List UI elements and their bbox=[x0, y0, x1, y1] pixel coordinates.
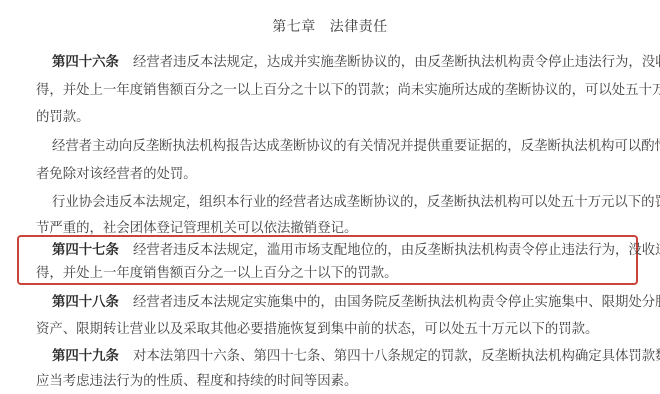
chapter-name: 法律责任 bbox=[330, 19, 388, 35]
article-47-text-1: 经营者违反本法规定，滥用市场支配地位的，由反垄断执法机构责令停止违法行为，没收违… bbox=[133, 243, 660, 258]
chapter-number: 第七章 bbox=[272, 19, 316, 35]
article-46-line-3: 的罚款。 bbox=[36, 109, 90, 127]
article-46-line-2: 得，并处上一年度销售额百分之一以上百分之十以下的罚款；尚未实施所达成的垄断协议的… bbox=[36, 82, 660, 100]
article-47-label: 第四十七条 bbox=[52, 243, 119, 258]
article-46-text-1: 经营者违反本法规定，达成并实施垄断协议的，由反垄断执法机构责令停止违法行为，没收… bbox=[133, 55, 660, 70]
association-line-1: 行业协会违反本法规定，组织本行业的经营者达成垄断协议的，反垄断执法机构可以处五十… bbox=[52, 194, 660, 212]
article-49-label: 第四十九条 bbox=[52, 349, 119, 364]
article-49-text-1: 对本法第四十六条、第四十七条、第四十八条规定的罚款，反垄断执法机构确定具体罚款数… bbox=[133, 349, 660, 364]
article-48-text-1: 经营者违反本法规定实施集中的，由国务院反垄断执法机构责令停止实施集中、限期处分股… bbox=[133, 295, 660, 310]
article-47-line-1: 第四十七条经营者违反本法规定，滥用市场支配地位的，由反垄断执法机构责令停止违法行… bbox=[52, 242, 660, 260]
article-49-line-2: 应当考虑违法行为的性质、程度和持续的时间等因素。 bbox=[36, 373, 357, 391]
article-49-line-1: 第四十九条对本法第四十六条、第四十七条、第四十八条规定的罚款，反垄断执法机构确定… bbox=[52, 348, 660, 366]
article-48-line-1: 第四十八条经营者违反本法规定实施集中的，由国务院反垄断执法机构责令停止实施集中、… bbox=[52, 294, 660, 312]
chapter-title: 第七章法律责任 bbox=[0, 16, 660, 36]
article-47-line-2: 得，并处上一年度销售额百分之一以上百分之十以下的罚款。 bbox=[36, 265, 398, 283]
leniency-line-2: 者免除对该经营者的处罚。 bbox=[36, 166, 197, 184]
leniency-line-1: 经营者主动向反垄断执法机构报告达成垄断协议的有关情况并提供重要证据的，反垄断执法… bbox=[52, 138, 660, 156]
article-46-line-1: 第四十六条经营者违反本法规定，达成并实施垄断协议的，由反垄断执法机构责令停止违法… bbox=[52, 54, 660, 72]
article-48-label: 第四十八条 bbox=[52, 295, 119, 310]
article-46-label: 第四十六条 bbox=[52, 55, 119, 70]
article-48-line-2: 资产、限期转让营业以及采取其他必要措施恢复到集中前的状态，可以处五十万元以下的罚… bbox=[36, 321, 598, 339]
